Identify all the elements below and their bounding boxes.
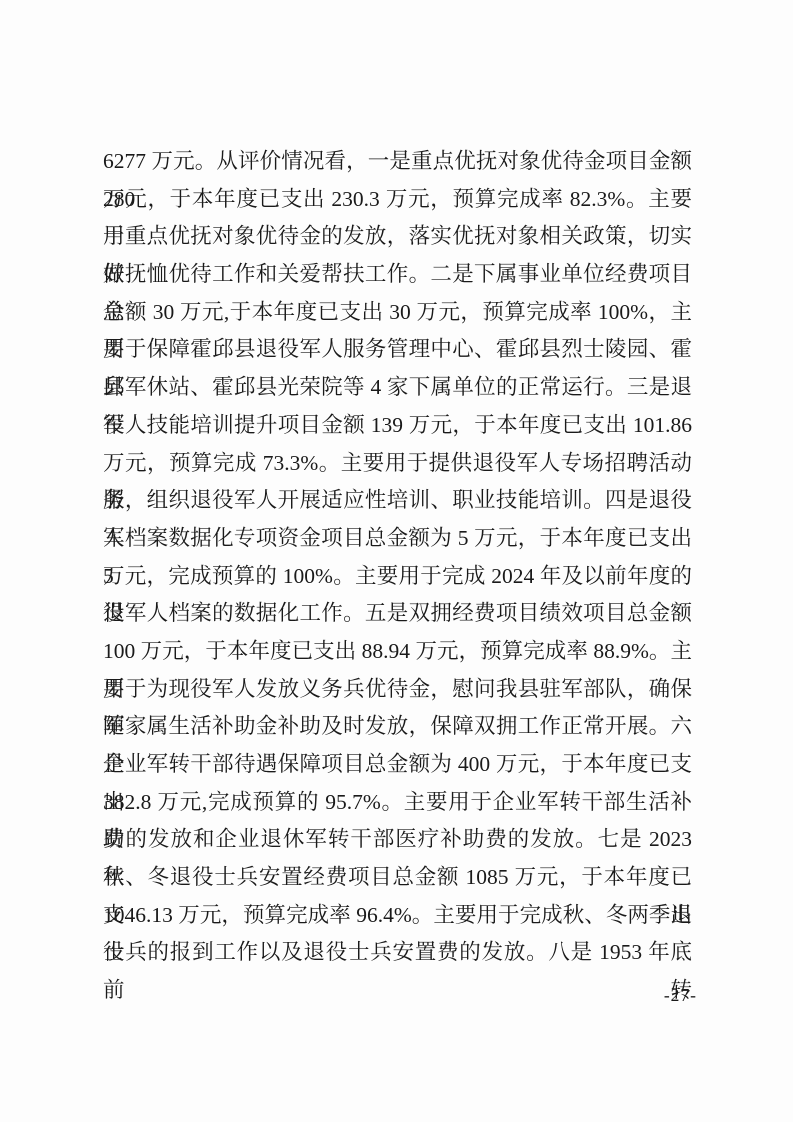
text-line: 军家属生活补助金补助及时发放，保障双拥工作正常开展。六是: [103, 708, 692, 746]
text-line: 费的发放和企业退休军转干部医疗补助费的发放。七是 2023 年: [103, 821, 692, 859]
text-line: 100 万元，于本年度已支出 88.94 万元，预算完成率 88.9%。主要: [103, 633, 692, 671]
text-line: 企业军转干部待遇保障项目总金额为 400 万元，于本年度已支出: [103, 746, 692, 784]
text-line: 士兵的报到工作以及退役士兵安置费的发放。八是 1953 年底前转: [103, 934, 692, 972]
text-line: 万元，完成预算的 100%。主要用于完成 2024 年及以前年度的退: [103, 558, 692, 596]
page-number: -27-: [664, 983, 697, 1007]
text-line: 县军休站、霍邱县光荣院等 4 家下属单位的正常运行。三是退役: [103, 369, 692, 407]
text-line: 人档案数据化专项资金项目总金额为 5 万元，于本年度已支出 5: [103, 520, 692, 558]
text-line: 军人技能培训提升项目金额 139 万元，于本年度已支出 101.86: [103, 407, 692, 445]
text-line: 万元，于本年度已支出 230.3 万元，预算完成率 82.3%。主要用: [103, 181, 692, 219]
text-line: 用于为现役军人发放义务兵优待金，慰问我县驻军部队，确保随: [103, 671, 692, 709]
body-paragraph: 6277 万元。从评价情况看，一是重点优抚对象优待金项目金额 280万元，于本年…: [103, 143, 692, 972]
text-line: 役军人档案的数据化工作。五是双拥经费项目绩效项目总金额: [103, 595, 692, 633]
text-line: 用于保障霍邱县退役军人服务管理中心、霍邱县烈士陵园、霍邱: [103, 331, 692, 369]
text-line: 6277 万元。从评价情况看，一是重点优抚对象优待金项目金额 280: [103, 143, 692, 181]
text-line: 1046.13 万元，预算完成率 96.4%。主要用于完成秋、冬两季退役: [103, 897, 692, 935]
text-line: 382.8 万元,完成预算的 95.7%。主要用于企业军转干部生活补助: [103, 784, 692, 822]
document-page: 6277 万元。从评价情况看，一是重点优抚对象优待金项目金额 280万元，于本年…: [0, 0, 793, 1122]
text-line: 万元，预算完成 73.3%。主要用于提供退役军人专场招聘活动服: [103, 445, 692, 483]
text-line: 于重点优抚对象优待金的发放，落实优抚对象相关政策，切实做: [103, 218, 692, 256]
text-line: 务，组织退役军人开展适应性培训、职业技能培训。四是退役军: [103, 482, 692, 520]
text-line: 金额 30 万元,于本年度已支出 30 万元，预算完成率 100%，主要: [103, 294, 692, 332]
text-line: 秋、冬退役士兵安置经费项目总金额 1085 万元，于本年度已支出: [103, 859, 692, 897]
text-line: 好抚恤优待工作和关爱帮扶工作。二是下属事业单位经费项目总: [103, 256, 692, 294]
